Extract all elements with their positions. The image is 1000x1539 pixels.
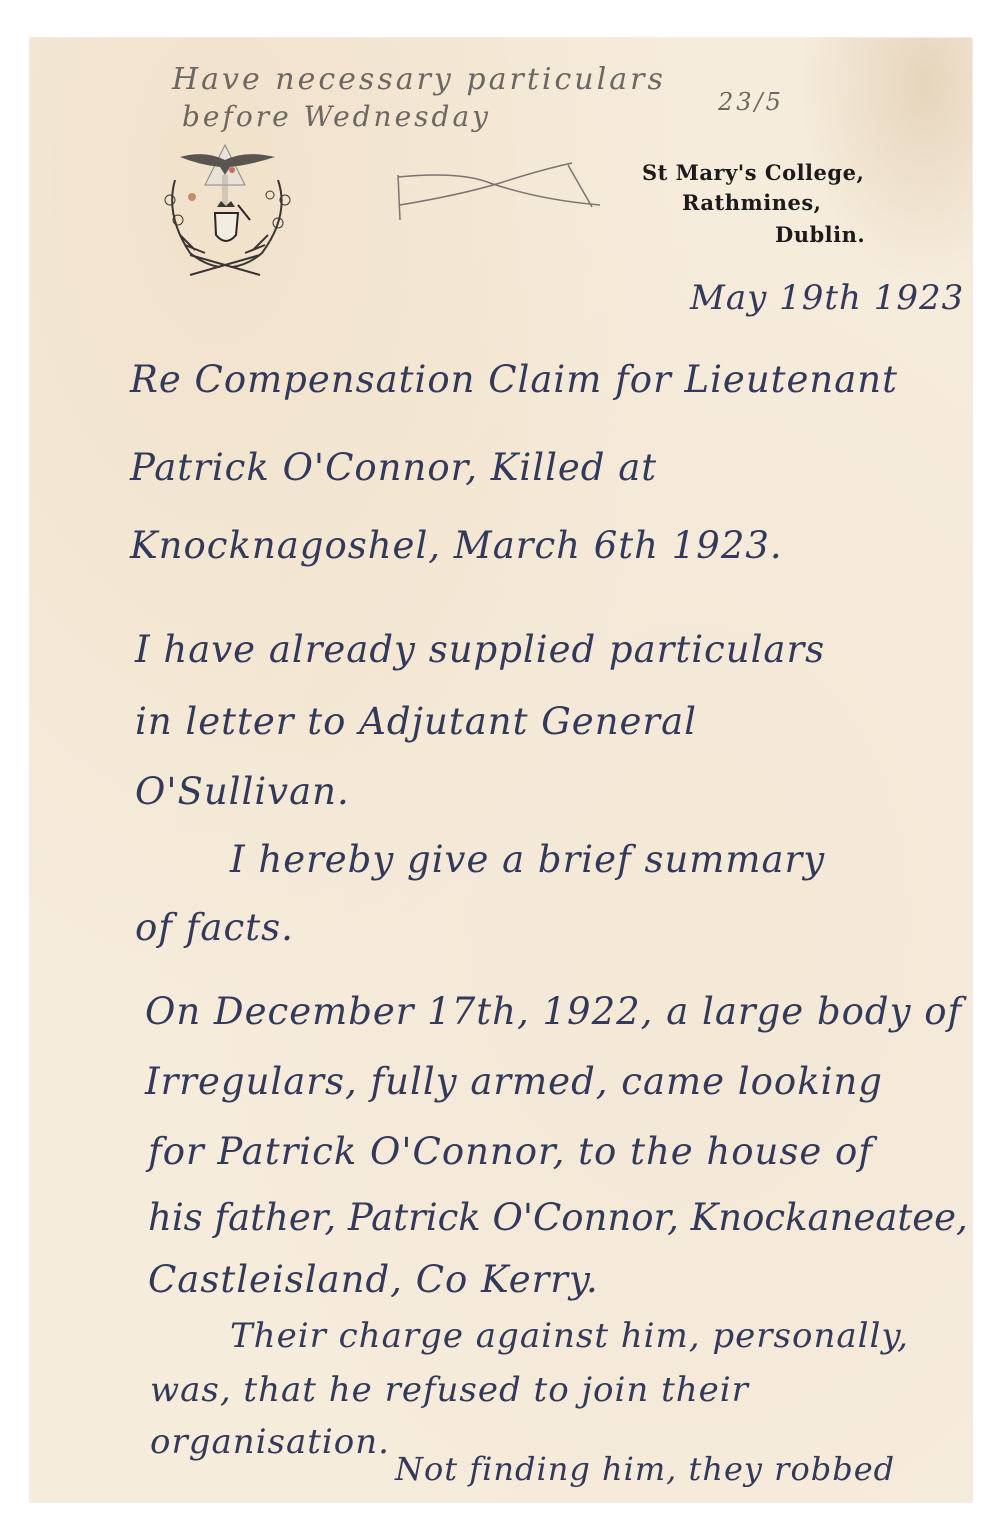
- paragraph-5-line-1: Not finding him, they robbed: [395, 1450, 895, 1488]
- paragraph-4-line-1: Their charge against him, personally,: [230, 1316, 909, 1356]
- pencil-annotation-line-2: before Wednesday: [182, 100, 491, 133]
- paragraph-2-line-2: of facts.: [135, 906, 294, 949]
- college-crest-icon: [150, 135, 300, 280]
- paragraph-2-line-1: I hereby give a brief summary: [230, 838, 825, 881]
- paragraph-1-line-1: I have already supplied particulars: [135, 628, 825, 671]
- paragraph-3-line-5: Castleisland, Co Kerry.: [148, 1258, 599, 1301]
- pencil-scribble-mark: [380, 155, 615, 225]
- paragraph-1-line-3: O'Sullivan.: [135, 770, 350, 813]
- paragraph-3-line-4: his father, Patrick O'Connor, Knockaneat…: [148, 1196, 968, 1239]
- subject-line-1: Re Compensation Claim for Lieutenant: [130, 358, 898, 401]
- paragraph-3-line-3: for Patrick O'Connor, to the house of: [148, 1130, 873, 1173]
- subject-line-2: Patrick O'Connor, Killed at: [130, 446, 657, 489]
- paragraph-1-line-2: in letter to Adjutant General: [135, 700, 697, 743]
- subject-line-3: Knocknagoshel, March 6th 1923.: [130, 524, 783, 567]
- pencil-annotation-line-1: Have necessary particulars: [172, 62, 666, 97]
- letterhead-line-3: Dublin.: [775, 222, 865, 247]
- letterhead-line-1: St Mary's College,: [642, 160, 864, 185]
- paragraph-3-line-2: Irregulars, fully armed, came looking: [145, 1060, 883, 1103]
- pencil-annotation-date: 23/5: [718, 88, 784, 116]
- letterhead-line-2: Rathmines,: [682, 190, 821, 215]
- paragraph-4-line-2: was, that he refused to join their: [150, 1370, 749, 1410]
- paragraph-4-line-3: organisation.: [150, 1422, 390, 1462]
- letter-date: May 19th 1923: [690, 278, 964, 318]
- paragraph-3-line-1: On December 17th, 1922, a large body of: [145, 990, 962, 1033]
